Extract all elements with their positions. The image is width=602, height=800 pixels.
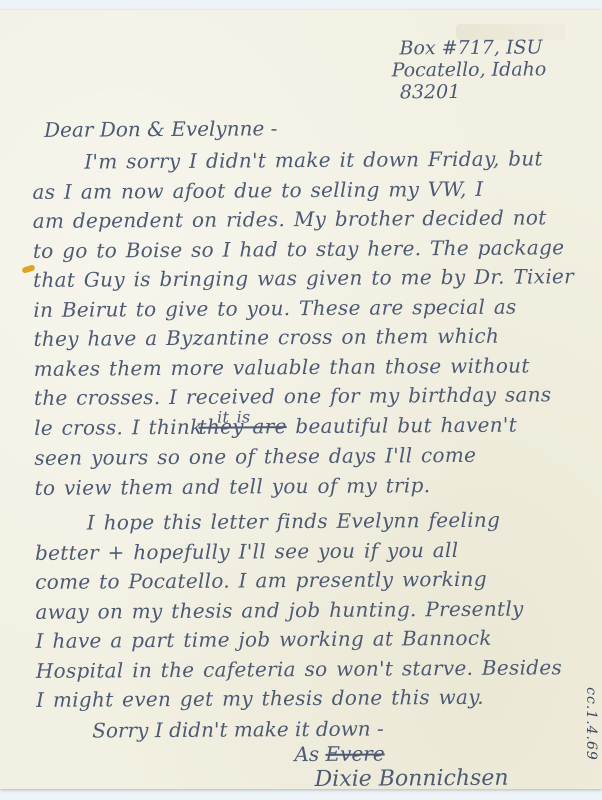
- letter-line-with-correction: le cross. I think it isthey are beautifu…: [34, 410, 586, 444]
- valediction: As Evere: [294, 740, 588, 766]
- letter-line: I'm sorry I didn't make it down Friday, …: [32, 144, 584, 177]
- valediction-struck-word: Evere: [325, 741, 384, 765]
- letter-page: Box #717, ISU Pocatello, Idaho 83201 Dea…: [0, 10, 602, 789]
- scanned-letter: Box #717, ISU Pocatello, Idaho 83201 Dea…: [0, 0, 602, 800]
- signature: Dixie Bonnichsen: [315, 764, 589, 793]
- return-address-line: Pocatello, Idaho: [392, 58, 584, 81]
- letter-line: come to Pocatello. I am presently workin…: [35, 564, 587, 597]
- return-address-line: Box #717, ISU: [399, 36, 583, 59]
- letter-line: better + hopefully I'll see you if you a…: [35, 535, 587, 568]
- letter-line: to go to Boise so I had to stay here. Th…: [33, 233, 585, 266]
- letter-line: as I am now afoot due to selling my VW, …: [32, 174, 584, 207]
- valediction-as: As: [294, 741, 325, 765]
- letter-line: Hospital in the cafeteria so won't starv…: [36, 653, 588, 686]
- letter-line: I might even get my thesis done this way…: [36, 682, 588, 715]
- letter-line: I have a part time job working at Bannoc…: [36, 623, 588, 656]
- return-address-line: 83201: [400, 80, 584, 103]
- letter-line: away on my thesis and job hunting. Prese…: [35, 594, 587, 627]
- inserted-text: it is: [217, 407, 251, 426]
- closing-line: Sorry I didn't make it down -: [92, 714, 588, 743]
- letter-line: the crosses. I received one for my birth…: [34, 380, 586, 413]
- letter-line: in Beirut to give to you. These are spec…: [33, 292, 585, 325]
- return-address: Box #717, ISU Pocatello, Idaho 83201: [399, 18, 584, 103]
- edit-line-post: beautiful but haven't: [287, 412, 517, 438]
- letter-line: they have a Byzantine cross on them whic…: [33, 321, 585, 354]
- salutation: Dear Don & Evelynne -: [44, 114, 584, 142]
- edit-line-pre: le cross. I think: [34, 414, 211, 439]
- paragraph-2: I hope this letter finds Evelynn feeling…: [35, 505, 588, 715]
- letter-line: am dependent on rides. My brother decide…: [33, 203, 585, 236]
- letter-line: makes them more valuable than those with…: [34, 351, 586, 384]
- letter-line: to view them and tell you of my trip.: [34, 470, 586, 503]
- letter-line: that Guy is bringing was given to me by …: [33, 262, 585, 295]
- letter-line: seen yours so one of these days I'll com…: [34, 440, 586, 473]
- letter-body: Box #717, ISU Pocatello, Idaho 83201 Dea…: [31, 18, 588, 794]
- paragraph-1: I'm sorry I didn't make it down Friday, …: [32, 144, 586, 503]
- letter-line: I hope this letter finds Evelynn feeling: [35, 505, 587, 538]
- archival-margin-note: cc.1.4.69: [583, 687, 599, 761]
